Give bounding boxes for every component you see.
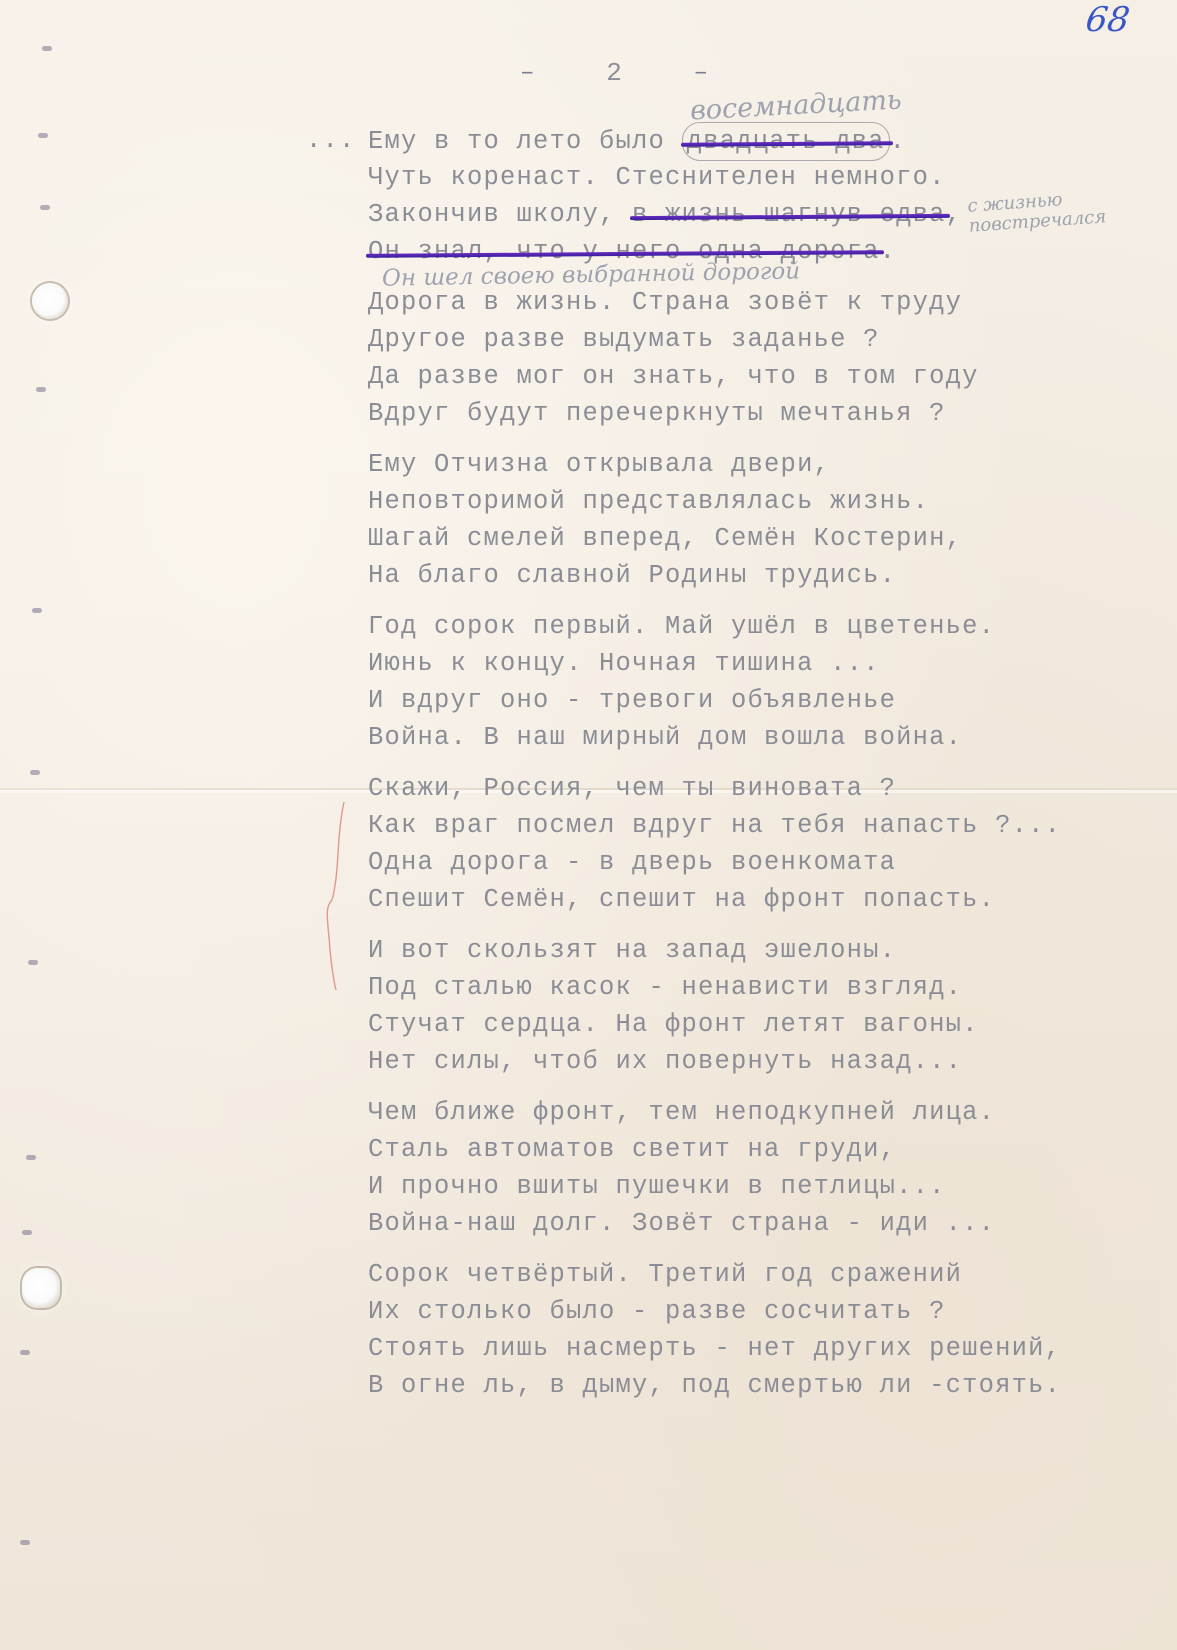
poem-line: Шагай смелей вперед, Семён Костерин, xyxy=(368,520,1061,557)
margin-mark xyxy=(36,387,46,392)
punch-hole-icon xyxy=(32,283,68,319)
line-text: И вдруг оно - тревоги объявленье xyxy=(368,686,896,715)
line-text: Закончив школу, xyxy=(368,200,632,229)
line-text: Сталь автоматов светит на груди, xyxy=(368,1135,896,1164)
stanza: И вот скользят на запад эшелоны.Под стал… xyxy=(368,932,1061,1080)
poem-line: Их столько было - разве сосчитать ? xyxy=(368,1293,1061,1330)
struck-out-text: двадцать два xyxy=(682,122,890,161)
margin-mark xyxy=(32,608,42,613)
poem-line: Как враг посмел вдруг на тебя напасть ?.… xyxy=(368,807,1061,844)
margin-mark xyxy=(38,133,48,138)
line-text: Стучат сердца. На фронт летят вагоны. xyxy=(368,1010,979,1039)
struck-out-text: в жизнь шагнув едва xyxy=(632,196,946,233)
punch-hole-icon xyxy=(22,1268,60,1308)
stanza: Ему Отчизна открывала двери,Неповторимой… xyxy=(368,446,1061,594)
line-text: Да разве мог он знать, что в том году xyxy=(368,362,979,391)
poem-line: Другое разве выдумать заданье ? xyxy=(368,321,1061,358)
line-text: Дорога в жизнь. Страна зовёт к труду xyxy=(368,288,962,317)
poem-line: Одна дорога - в дверь военкомата xyxy=(368,844,1061,881)
margin-mark xyxy=(20,1540,30,1545)
line-text: На благо славной Родины трудись. xyxy=(368,561,896,590)
page-number-dash-left: – xyxy=(520,60,536,87)
margin-mark xyxy=(26,1155,36,1160)
poem-line: Под сталью касок - ненависти взгляд. xyxy=(368,969,1061,1006)
poem-line: Спешит Семён, спешит на фронт попасть. xyxy=(368,881,1061,918)
margin-mark xyxy=(42,46,52,51)
poem-body: ...Ему в то лето было двадцать два.Чуть … xyxy=(368,122,1061,1418)
stanza: Чем ближе фронт, тем неподкупней лица.Ст… xyxy=(368,1094,1061,1242)
poem-line: Скажи, Россия, чем ты виновата ? xyxy=(368,770,1061,807)
margin-mark xyxy=(22,1230,32,1235)
red-pencil-bracket-icon xyxy=(318,800,348,990)
poem-line: Ему Отчизна открывала двери, xyxy=(368,446,1061,483)
line-text: Чуть коренаст. Стеснителен немного. xyxy=(368,163,946,192)
struck-out-text: Он знал, что у него одна дорога xyxy=(368,233,880,270)
poem-line: Он знал, что у него одна дорога. xyxy=(368,233,1061,270)
stanza: ...Ему в то лето было двадцать два.Чуть … xyxy=(368,122,1061,270)
poem-line: И вдруг оно - тревоги объявленье xyxy=(368,682,1061,719)
line-text: Вдруг будут перечеркнуты мечтанья ? xyxy=(368,399,946,428)
poem-line: Год сорок первый. Май ушёл в цветенье. xyxy=(368,608,1061,645)
poem-line: Да разве мог он знать, что в том году xyxy=(368,358,1061,395)
line-text: Война. В наш мирный дом вошла война. xyxy=(368,723,962,752)
line-text: Их столько было - разве сосчитать ? xyxy=(368,1297,946,1326)
line-text: Июнь к концу. Ночная тишина ... xyxy=(368,649,880,678)
poem-line: Стучат сердца. На фронт летят вагоны. xyxy=(368,1006,1061,1043)
line-text: Год сорок первый. Май ушёл в цветенье. xyxy=(368,612,995,641)
line-text: Как враг посмел вдруг на тебя напасть ?.… xyxy=(368,811,1061,840)
page-number-dash-right: – xyxy=(694,60,710,87)
poem-line: Закончив школу, в жизнь шагнув едва, xyxy=(368,196,1061,233)
poem-line: На благо славной Родины трудись. xyxy=(368,557,1061,594)
poem-line: Война. В наш мирный дом вошла война. xyxy=(368,719,1061,756)
line-text: Стоять лишь насмерть - нет других решени… xyxy=(368,1334,1061,1363)
poem-line: В огне ль, в дыму, под смертью ли -стоят… xyxy=(368,1367,1061,1404)
leading-ellipsis: ... xyxy=(306,122,356,159)
line-text: И вот скользят на запад эшелоны. xyxy=(368,936,896,965)
page-number: 2 xyxy=(606,58,624,88)
margin-mark xyxy=(20,1350,30,1355)
archive-sheet-number: 68 xyxy=(1083,0,1132,40)
stanza: Год сорок первый. Май ушёл в цветенье.Ию… xyxy=(368,608,1061,756)
line-text: И прочно вшиты пушечки в петлицы... xyxy=(368,1172,946,1201)
poem-line: Дорога в жизнь. Страна зовёт к труду xyxy=(368,284,1061,321)
margin-mark xyxy=(28,960,38,965)
line-text: Война-наш долг. Зовёт страна - иди ... xyxy=(368,1209,995,1238)
poem-line: Стоять лишь насмерть - нет других решени… xyxy=(368,1330,1061,1367)
line-text: Другое разве выдумать заданье ? xyxy=(368,325,880,354)
line-text: Неповторимой представлялась жизнь. xyxy=(368,487,929,516)
line-text: В огне ль, в дыму, под смертью ли -стоят… xyxy=(368,1371,1061,1400)
stanza: Скажи, Россия, чем ты виновата ?Как враг… xyxy=(368,770,1061,918)
poem-line: Неповторимой представлялась жизнь. xyxy=(368,483,1061,520)
line-text: Нет силы, чтоб их повернуть назад... xyxy=(368,1047,962,1076)
margin-mark xyxy=(40,205,50,210)
stanza: Сорок четвёртый. Третий год сраженийИх с… xyxy=(368,1256,1061,1404)
line-text: Под сталью касок - ненависти взгляд. xyxy=(368,973,962,1002)
poem-line: Июнь к концу. Ночная тишина ... xyxy=(368,645,1061,682)
margin-mark xyxy=(30,770,40,775)
line-text: Шагай смелей вперед, Семён Костерин, xyxy=(368,524,962,553)
line-text: Чем ближе фронт, тем неподкупней лица. xyxy=(368,1098,995,1127)
handwritten-correction: восемнадцать xyxy=(689,84,902,126)
line-text: Одна дорога - в дверь военкомата xyxy=(368,848,896,877)
poem-line: Нет силы, чтоб их повернуть назад... xyxy=(368,1043,1061,1080)
line-text: Сорок четвёртый. Третий год сражений xyxy=(368,1260,962,1289)
line-text: Ему Отчизна открывала двери, xyxy=(368,450,830,479)
stanza: Дорога в жизнь. Страна зовёт к трудуДруг… xyxy=(368,284,1061,432)
poem-line: ...Ему в то лето было двадцать два. xyxy=(368,122,1061,159)
poem-line: И прочно вшиты пушечки в петлицы... xyxy=(368,1168,1061,1205)
poem-line: Чуть коренаст. Стеснителен немного. xyxy=(368,159,1061,196)
poem-line: Сталь автоматов светит на груди, xyxy=(368,1131,1061,1168)
page-number-header: – 2 – xyxy=(520,58,710,88)
poem-line: Вдруг будут перечеркнуты мечтанья ? xyxy=(368,395,1061,432)
line-text: Ему в то лето было xyxy=(368,127,682,156)
poem-line: Сорок четвёртый. Третий год сражений xyxy=(368,1256,1061,1293)
poem-line: Война-наш долг. Зовёт страна - иди ... xyxy=(368,1205,1061,1242)
poem-line: Чем ближе фронт, тем неподкупней лица. xyxy=(368,1094,1061,1131)
poem-line: И вот скользят на запад эшелоны. xyxy=(368,932,1061,969)
line-text: Спешит Семён, спешит на фронт попасть. xyxy=(368,885,995,914)
line-text: Скажи, Россия, чем ты виновата ? xyxy=(368,774,896,803)
